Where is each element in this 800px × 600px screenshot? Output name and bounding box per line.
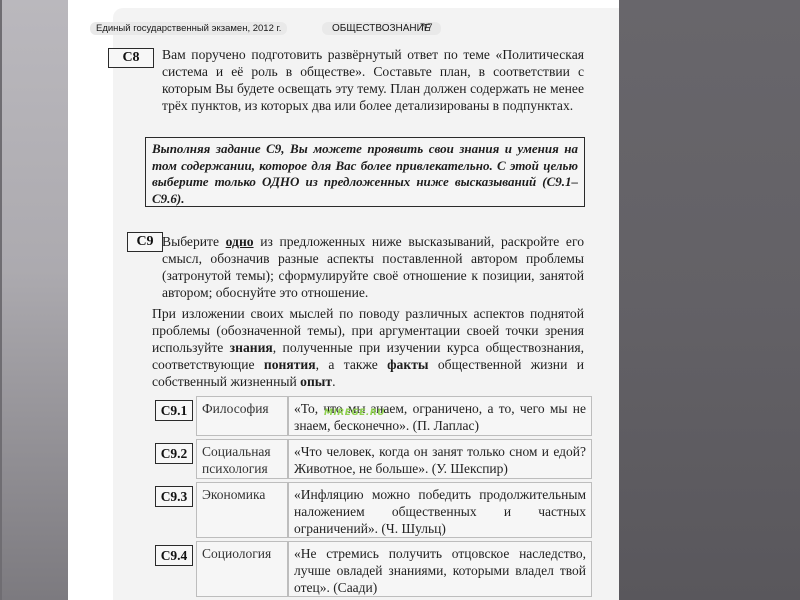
task-label-c8: C8 [108,48,154,68]
emphasis-one: одно [226,234,254,249]
option-code: C9.4 [155,545,193,566]
page-header: Единый государственный экзамен, 2012 г. … [90,18,510,38]
option-code: C9.2 [155,443,193,464]
left-side-panel [0,0,70,600]
option-quote: «Что человек, когда он занят только сном… [288,439,592,479]
watermark: MIREGE.RU [324,408,385,418]
task-c9-instructions: При изложении своих мыслей по поводу раз… [152,305,584,390]
task-c8-text: Вам поручено подготовить развёрнутый отв… [162,46,584,114]
option-topic: Экономика [196,482,288,538]
option-quote: «Не стремись получить отцовское наследст… [288,541,592,597]
option-code: C9.3 [155,486,193,507]
exam-title: Единый государственный экзамен, 2012 г. [90,22,287,35]
task-label-c9: C9 [127,232,163,252]
option-topic: Социальная психология [196,439,288,479]
option-topic: Философия [196,396,288,436]
option-code: C9.1 [155,400,193,421]
option-topic: Социология [196,541,288,597]
page-number: 7/7 [420,22,433,32]
c9-notice-box: Выполняя задание C9, Вы можете проявить … [145,137,585,207]
option-quote: «Инфляцию можно победить продолжительным… [288,482,592,538]
right-side-panel [619,0,800,600]
task-c9-intro: Выберите одно из предложенных ниже выска… [162,233,584,301]
